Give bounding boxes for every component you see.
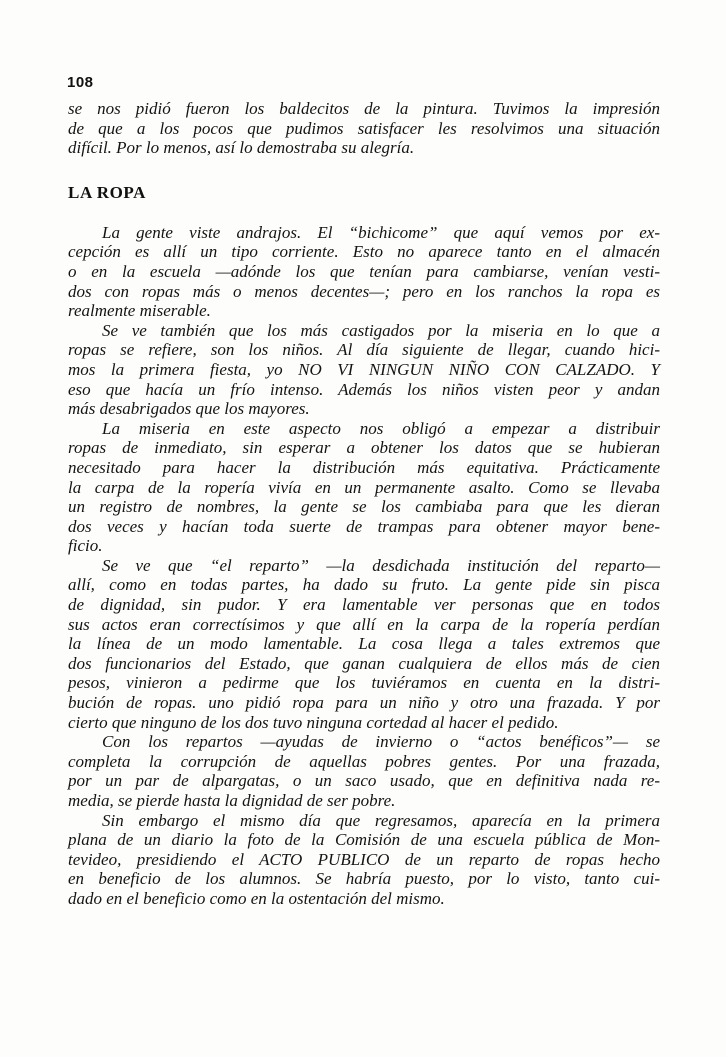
text-line: Se ve también que los más castigados por… [68, 321, 660, 341]
text-line: La miseria en este aspecto nos obligó a … [68, 419, 660, 439]
text-line: en beneficio de los alumnos. Se habría p… [68, 869, 660, 889]
text-line: bución de ropas. uno pidió ropa para un … [68, 693, 660, 713]
text-line: ficio. [68, 536, 660, 556]
text-line: difícil. Por lo menos, así lo demostraba… [68, 138, 660, 158]
paragraph: La gente viste andrajos. El “bichicome” … [68, 223, 660, 321]
text-line: dos con ropas más o menos decentes—; per… [68, 282, 660, 302]
text-line: sus actos eran correctísimos y que allí … [68, 615, 660, 635]
text-line: de que a los pocos que pudimos satisface… [68, 119, 660, 139]
text-line: mos la primera fiesta, yo NO VI NINGUN N… [68, 360, 660, 380]
book-page: 108 se nos pidió fueron los baldecitos d… [0, 0, 726, 1057]
text-line: ropas se refiere, son los niños. Al día … [68, 340, 660, 360]
text-line: tevideo, presidiendo el ACTO PUBLICO de … [68, 850, 660, 870]
text-line: eso que hacía un frío intenso. Además lo… [68, 380, 660, 400]
text-line: allí, como en todas partes, ha dado su f… [68, 575, 660, 595]
text-line: dado en el beneficio como en la ostentac… [68, 889, 660, 909]
text-line: un registro de nombres, la gente se los … [68, 497, 660, 517]
section-heading: LA ROPA [68, 183, 660, 203]
text-line: la línea de un modo lamentable. La cosa … [68, 634, 660, 654]
text-line: cierto que ninguno de los dos tuvo ningu… [68, 713, 660, 733]
text-line: Sin embargo el mismo día que regresamos,… [68, 811, 660, 831]
text-line: Con los repartos —ayudas de invierno o “… [68, 732, 660, 752]
text-line: dos funcionarios del Estado, que ganan c… [68, 654, 660, 674]
text-line: Se ve que “el reparto” —la desdichada in… [68, 556, 660, 576]
text-line: de dignidad, sin pudor. Y era lamentable… [68, 595, 660, 615]
text-line: la carpa de la ropería vivía en un perma… [68, 478, 660, 498]
text-line: media, se pierde hasta la dignidad de se… [68, 791, 660, 811]
text-line: plana de un diario la foto de la Comisió… [68, 830, 660, 850]
paragraph: La miseria en este aspecto nos obligó a … [68, 419, 660, 556]
paragraph: Se ve también que los más castigados por… [68, 321, 660, 419]
paragraph: Con los repartos —ayudas de invierno o “… [68, 732, 660, 810]
text-line: realmente miserable. [68, 301, 660, 321]
text-line: La gente viste andrajos. El “bichicome” … [68, 223, 660, 243]
text-line: completa la corrupción de aquellas pobre… [68, 752, 660, 772]
paragraph-continuation: se nos pidió fueron los baldecitos de la… [68, 99, 660, 158]
text-line: cepción es allí un tipo corriente. Esto … [68, 242, 660, 262]
text-line: más desabrigados que los mayores. [68, 399, 660, 419]
text-body: se nos pidió fueron los baldecitos de la… [68, 99, 660, 909]
text-line: pesos, vinieron a pedirme que los tuviér… [68, 673, 660, 693]
text-line: por un par de alpargatas, o un saco usad… [68, 771, 660, 791]
text-line: o en la escuela —adónde los que tenían p… [68, 262, 660, 282]
text-line: dos veces y hacían toda suerte de trampa… [68, 517, 660, 537]
text-line: ropas de inmediato, sin esperar a obtene… [68, 438, 660, 458]
text-line: necesitado para hacer la distribución má… [68, 458, 660, 478]
text-line: se nos pidió fueron los baldecitos de la… [68, 99, 660, 119]
paragraph: Sin embargo el mismo día que regresamos,… [68, 811, 660, 909]
paragraph: Se ve que “el reparto” —la desdichada in… [68, 556, 660, 732]
page-number: 108 [67, 74, 94, 91]
